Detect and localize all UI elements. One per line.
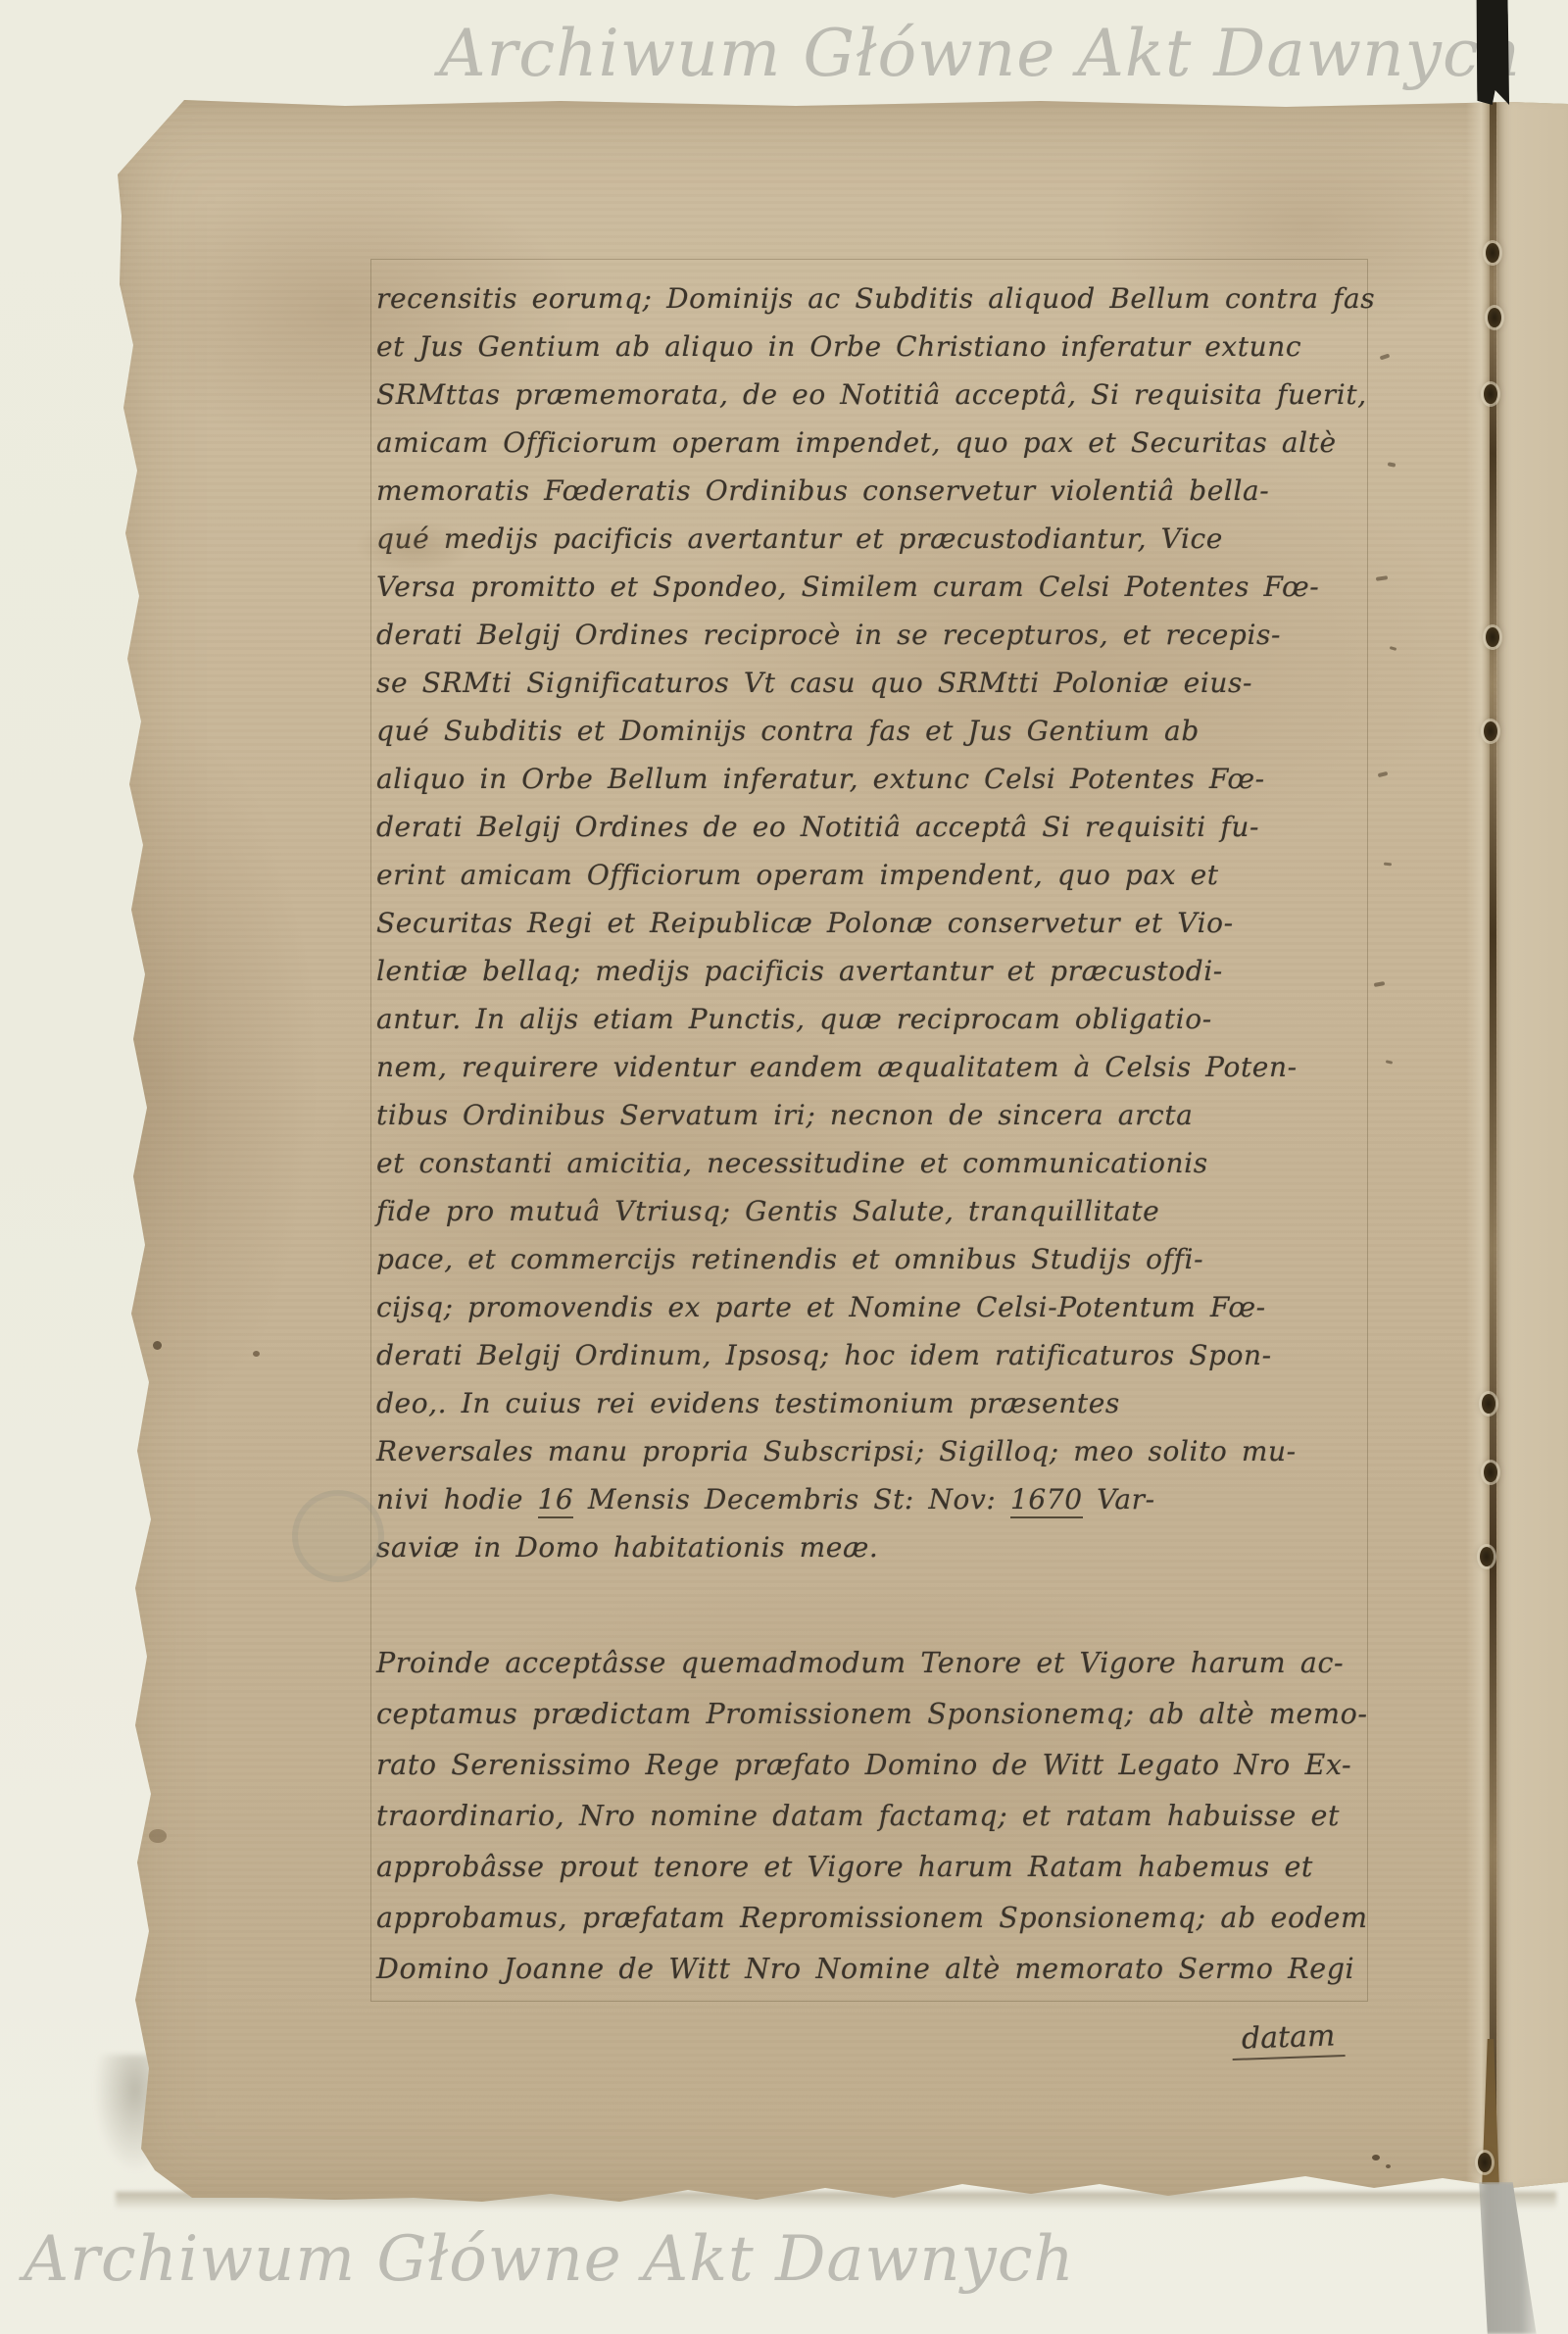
stitch-hole: [1484, 384, 1497, 404]
ink-speck: [1372, 2155, 1380, 2160]
manuscript-line: et constanti amicitia, necessitudine et …: [376, 1139, 1364, 1187]
manuscript-line: erint amicam Officiorum operam impendent…: [376, 851, 1364, 899]
manuscript-line: Proinde acceptâsse quemadmodum Tenore et…: [376, 1638, 1364, 1689]
stitch-hole: [1486, 627, 1499, 647]
ink-bleed-mark: [1388, 462, 1396, 467]
manuscript-line: approbâsse prout tenore et Vigore harum …: [376, 1842, 1364, 1893]
manuscript-line: se SRMti Significaturos Vt casu quo SRMt…: [376, 659, 1364, 707]
manuscript-line: traordinario, Nro nomine datam factamq; …: [376, 1791, 1364, 1842]
manuscript-line: saviæ in Domo habitationis meæ.: [376, 1523, 1364, 1571]
paragraph-2: Proinde acceptâsse quemadmodum Tenore et…: [376, 1638, 1364, 1995]
stain: [253, 1351, 260, 1357]
stain: [124, 1250, 144, 1279]
stitch-hole: [1482, 1394, 1495, 1414]
manuscript-line: derati Belgij Ordines reciprocè in se re…: [376, 611, 1364, 659]
archive-watermark-bottom: Archiwum Główne Akt Dawnych: [24, 2223, 1075, 2296]
ink-bleed-mark: [1374, 981, 1386, 987]
manuscript-line: derati Belgij Ordinum, Ipsosq; hoc idem …: [376, 1331, 1364, 1379]
manuscript-line: aliquo in Orbe Bellum inferatur, extunc …: [376, 755, 1364, 803]
manuscript-line: cijsq; promovendis ex parte et Nomine Ce…: [376, 1283, 1364, 1331]
manuscript-line: memoratis Fœderatis Ordinibus conservetu…: [376, 467, 1364, 515]
ink-bleed-mark: [1380, 354, 1391, 361]
manuscript-line: SRMttas præmemorata, de eo Notitiâ accep…: [376, 371, 1364, 419]
catchword: datam: [1231, 2018, 1346, 2061]
manuscript-line: deo,. In cuius rei evidens testimonium p…: [376, 1379, 1364, 1427]
ink-bleed-mark: [1384, 863, 1392, 867]
manuscript-line: Domino Joanne de Witt Nro Nomine altè me…: [376, 1944, 1364, 1995]
stitch-hole: [1486, 243, 1499, 263]
manuscript-line: ceptamus prædictam Promissionem Sponsion…: [376, 1689, 1364, 1740]
manuscript-line: nivi hodie 16 Mensis Decembris St: Nov: …: [376, 1475, 1364, 1523]
manuscript-line: Versa promitto et Spondeo, Similem curam…: [376, 563, 1364, 611]
manuscript-line: tibus Ordinibus Servatum iri; necnon de …: [376, 1091, 1364, 1139]
manuscript-page: recensitis eorumq; Dominijs ac Subditis …: [110, 98, 1568, 2215]
manuscript-line: lentiæ bellaq; medijs pacificis avertant…: [376, 947, 1364, 995]
stain: [153, 1341, 162, 1350]
stitch-hole: [1478, 2153, 1492, 2172]
manuscript-line: rato Serenissimo Rege præfato Domino de …: [376, 1740, 1364, 1791]
manuscript-line: amicam Officiorum operam impendet, quo p…: [376, 419, 1364, 467]
manuscript-line: et Jus Gentium ab aliquo in Orbe Christi…: [376, 323, 1364, 371]
bookmark-ribbon: [1475, 0, 1511, 105]
manuscript-line: recensitis eorumq; Dominijs ac Subditis …: [376, 274, 1364, 323]
archive-watermark-top: Archiwum Główne Akt Dawnych: [439, 16, 1522, 91]
manuscript-line: pace, et commercijs retinendis et omnibu…: [376, 1235, 1364, 1283]
ink-speck: [1386, 2164, 1391, 2168]
stain: [149, 1829, 167, 1843]
manuscript-line: qué medijs pacificis avertantur et præcu…: [376, 515, 1364, 563]
manuscript-line: Securitas Regi et Reipublicæ Polonæ cons…: [376, 899, 1364, 947]
stitch-hole: [1488, 308, 1501, 327]
manuscript-line: fide pro mutuâ Vtriusq; Gentis Salute, t…: [376, 1187, 1364, 1235]
manuscript-line: antur. In alijs etiam Punctis, quæ recip…: [376, 995, 1364, 1043]
manuscript-text: recensitis eorumq; Dominijs ac Subditis …: [376, 263, 1364, 2059]
ink-bleed-mark: [1386, 1060, 1393, 1064]
stain: [355, 520, 472, 572]
manuscript-line: approbamus, præfatam Repromissionem Spon…: [376, 1893, 1364, 1944]
paragraph-1: recensitis eorumq; Dominijs ac Subditis …: [376, 263, 1364, 1571]
manuscript-line: qué Subditis et Dominijs contra fas et J…: [376, 707, 1364, 755]
manuscript-line: derati Belgij Ordines de eo Notitiâ acce…: [376, 803, 1364, 851]
stain: [292, 1490, 384, 1582]
stitch-hole: [1480, 1547, 1494, 1566]
ink-bleed-mark: [1376, 575, 1388, 581]
manuscript-line: Reversales manu propria Subscripsi; Sigi…: [376, 1427, 1364, 1475]
stitch-hole: [1484, 721, 1497, 741]
ink-bleed-mark: [1378, 771, 1389, 777]
corner-shadow: [94, 2055, 153, 2172]
ink-bleed-mark: [1390, 646, 1397, 651]
scanned-archive-image: Archiwum Główne Akt Dawnych recensitis e…: [0, 0, 1568, 2334]
stitch-hole: [1484, 1463, 1497, 1482]
binding-gap: [1490, 98, 1496, 2190]
manuscript-line: nem, requirere videntur eandem æqualitat…: [376, 1043, 1364, 1091]
adjacent-page-edge: [1497, 98, 1568, 2190]
